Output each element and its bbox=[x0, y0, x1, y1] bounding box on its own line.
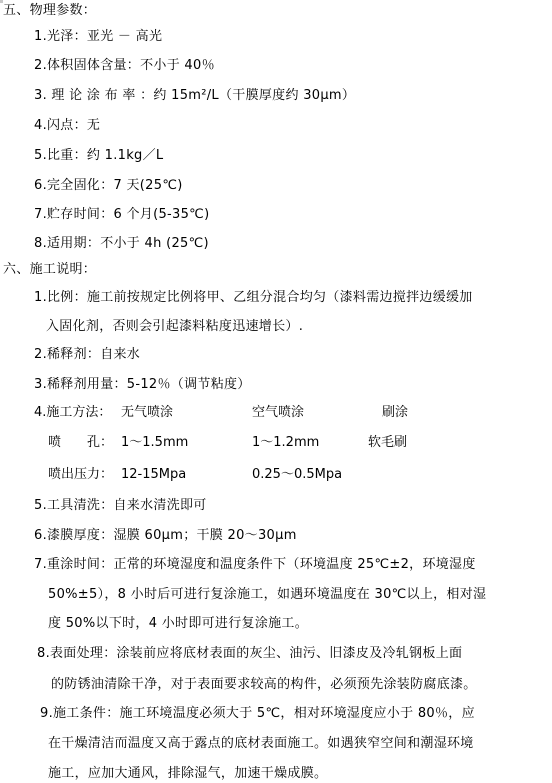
method-brush: 刷涂 bbox=[382, 405, 408, 421]
instr-tool-cleaning: 5.工具清洗：自来水清洗即可 bbox=[34, 498, 207, 514]
method-label: 4.施工方法： bbox=[34, 405, 111, 421]
param-full-cure: 6.完全固化：7 天(25℃) bbox=[34, 178, 183, 194]
pressure-airless: 12-15Mpa bbox=[121, 467, 186, 483]
instr-ratio-line2: 入固化剂，否则会引起漆料粘度迅速增长）. bbox=[46, 319, 303, 335]
instr-conditions-line2: 在干燥清洁而温度又高于露点的底材表面施工。如遇狭窄空间和潮湿环境 bbox=[48, 736, 474, 752]
param-spreading-rate: 3. 理 论 涂 布 率 ：约 15m²/L（干膜厚度约 30μm） bbox=[34, 88, 355, 104]
param-storage-time: 7.贮存时间：6 个月(5-35℃) bbox=[34, 207, 209, 223]
instr-conditions-line3: 施工，应加大通风，排除湿气，加速干燥成膜。 bbox=[48, 766, 327, 782]
pressure-air: 0.25～0.5Mpa bbox=[252, 467, 342, 483]
method-airless: 无气喷涂 bbox=[121, 405, 173, 421]
instr-ratio-line1: 1.比例：施工前按规定比例将甲、乙组分混合均匀（漆料需边搅拌边缓缓加 bbox=[34, 290, 473, 306]
instr-surface-line2: 的防锈油清除干净，对于表面要求较高的构件，必须预先涂装防腐底漆。 bbox=[51, 677, 477, 693]
instr-recoat-line3: 度 50%以下时，4 小时即可进行复涂施工。 bbox=[48, 616, 308, 632]
nozzle-brush: 软毛刷 bbox=[368, 435, 407, 451]
param-pot-life: 8.适用期：不小于 4h (25℃) bbox=[34, 236, 209, 252]
instr-conditions-line1: 9.施工条件：施工环境温度必须大于 5℃，相对环境湿度应小于 80％，应 bbox=[40, 706, 475, 722]
nozzle-label: 喷 孔： bbox=[48, 435, 113, 451]
instr-recoat-line1: 7.重涂时间：正常的环境湿度和温度条件下（环境温度 25℃±2，环境湿度 bbox=[34, 557, 476, 573]
param-volume-solids: 2.体积固体含量：不小于 40％ bbox=[34, 58, 215, 74]
instr-surface-line1: 8.表面处理：涂装前应将底材表面的灰尘、油污、旧漆皮及冷轧钢板上面 bbox=[37, 646, 462, 662]
instr-thinner: 2.稀释剂：自来水 bbox=[34, 347, 140, 363]
section-5-heading: 五、物理参数： bbox=[3, 3, 96, 19]
nozzle-airless: 1～1.5mm bbox=[121, 435, 188, 451]
param-gloss: 1.光泽：亚光 － 高光 bbox=[34, 29, 162, 45]
pressure-label: 喷出压力： bbox=[48, 467, 113, 483]
instr-film-thickness: 6.漆膜厚度：湿膜 60μm；干膜 20～30μm bbox=[34, 528, 297, 544]
nozzle-air: 1～1.2mm bbox=[252, 435, 319, 451]
param-flash-point: 4.闪点：无 bbox=[34, 118, 100, 134]
section-6-heading: 六、施工说明： bbox=[3, 262, 96, 278]
instr-thinner-amount: 3.稀释剂用量：5-12％（调节粘度） bbox=[34, 377, 251, 393]
param-specific-gravity: 5.比重：约 1.1kg／L bbox=[34, 148, 163, 164]
method-air: 空气喷涂 bbox=[252, 405, 304, 421]
instr-recoat-line2: 50%±5），8 小时后可进行复涂施工，如遇环境温度在 30℃以上，相对湿 bbox=[48, 587, 486, 603]
